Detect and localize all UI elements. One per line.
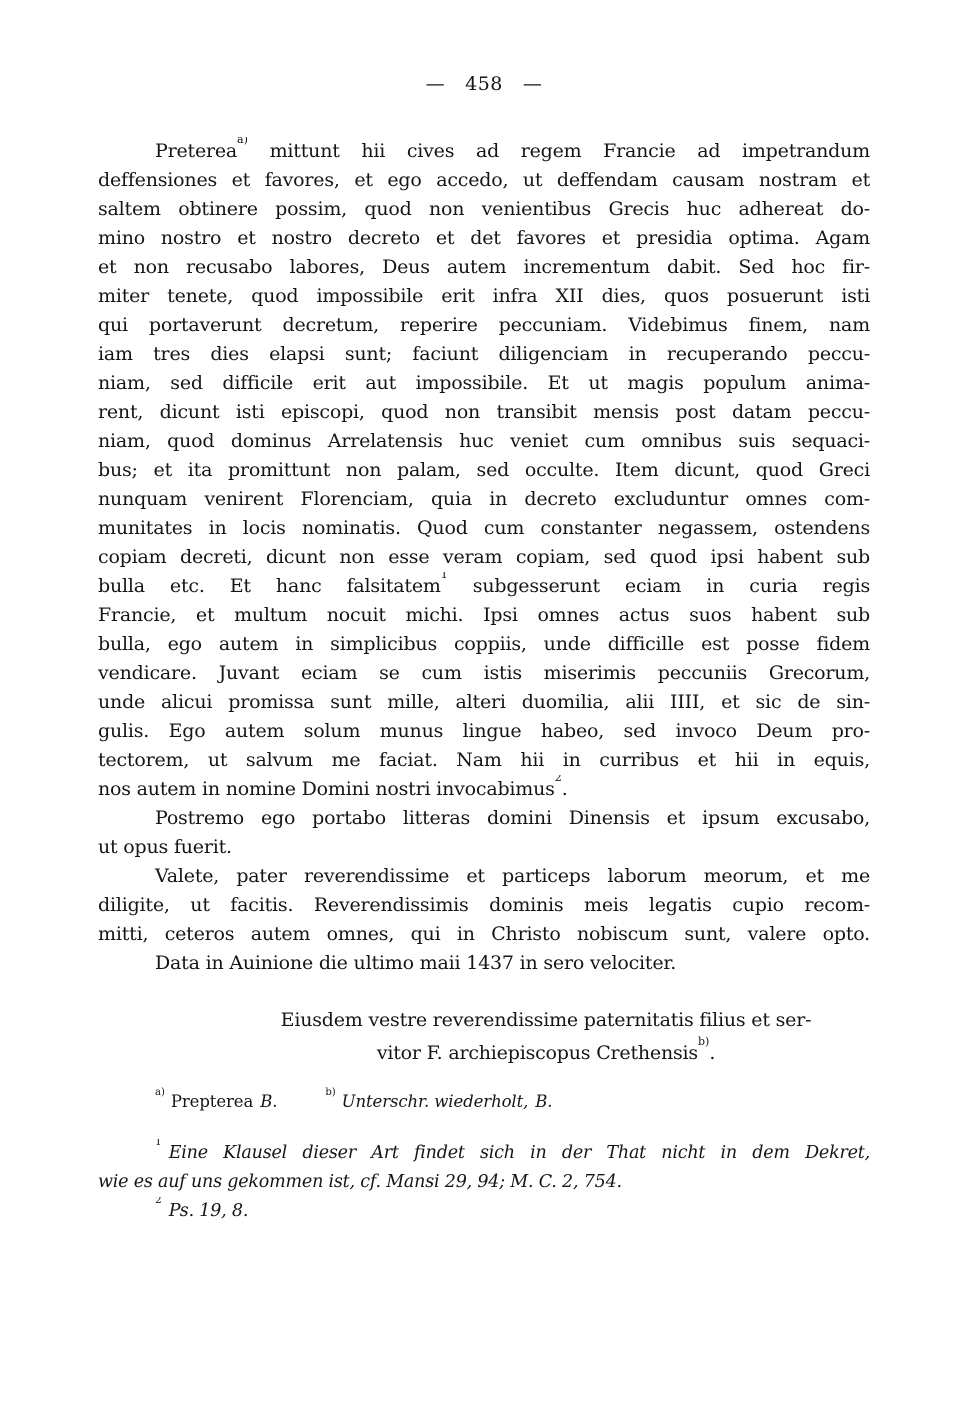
text-line: rent, dicunt isti episcopi, quod non tra… — [98, 398, 870, 427]
apparatus-siglum: B. — [535, 1092, 552, 1111]
apparatus-reading: Prepterea — [171, 1092, 253, 1111]
text-line: munitates in locis nominatis. Quod cum c… — [98, 514, 870, 543]
text-line: Postremo ego portabo litteras domini Din… — [98, 804, 870, 833]
text-segment: Preterea — [155, 140, 237, 162]
text-line: bulla etc. Et hanc falsitatem1 subgesser… — [98, 572, 870, 601]
text-line: bus; et ita promittunt non palam, sed oc… — [98, 456, 870, 485]
footnote-marker-b: b) — [698, 1035, 709, 1048]
text-line: copiam decreti, dicunt non esse veram co… — [98, 543, 870, 572]
apparatus-reading: Unterschr. wiederholt, — [342, 1092, 529, 1111]
text-segment: . — [709, 1042, 715, 1064]
text-line: Data in Auinione die ultimo maii 1437 in… — [98, 949, 870, 978]
text-line: iam tres dies elapsi sunt; faciunt dilig… — [98, 340, 870, 369]
text-line: nunquam venirent Florenciam, quia in dec… — [98, 485, 870, 514]
apparatus-entry-b: b)Unterschr. wiederholt,B. — [325, 1092, 552, 1111]
header-dash-right: — — [523, 73, 543, 95]
signature-line: Eiusdem vestre reverendissime paternitat… — [222, 1004, 870, 1037]
text-line: niam, sed difficile erit aut impossibile… — [98, 369, 870, 398]
text-line: nos autem in nomine Domini nostri invoca… — [98, 775, 870, 804]
text-segment: nos autem in nomine Domini nostri invoca… — [98, 778, 555, 800]
signature-block: Eiusdem vestre reverendissime paternitat… — [98, 1004, 870, 1070]
paragraph-3: Valete, pater reverendissime et particep… — [98, 862, 870, 949]
footnote-line: wie es auf uns gekommen ist, cf. Mansi 2… — [98, 1168, 870, 1197]
text-line: Pretereaa) mittunt hii cives ad regem Fr… — [98, 137, 870, 166]
footnote-marker-2: 2 — [555, 775, 562, 784]
text-segment: vitor F. archiepiscopus Crethensis — [377, 1042, 698, 1064]
text-line: Valete, pater reverendissime et particep… — [98, 862, 870, 891]
text-line: mitti, ceteros autem omnes, qui in Chris… — [98, 920, 870, 949]
footnote-1-marker: 1 — [155, 1139, 162, 1148]
text-line: bulla, ego autem in simplicibus coppiis,… — [98, 630, 870, 659]
text-line: gulis. Ego autem solum munus lingue habe… — [98, 717, 870, 746]
page-number: 458 — [465, 73, 503, 95]
footnote-1: 1Eine Klausel dieser Art findet sich in … — [98, 1139, 870, 1197]
text-block: —458— Pretereaa) mittunt hii cives ad re… — [98, 70, 870, 1226]
text-line: Francie, et multum nocuit michi. Ipsi om… — [98, 601, 870, 630]
text-line: saltem obtinere possim, quod non venient… — [98, 195, 870, 224]
text-segment: subgesserunt eciam in curia regis — [448, 575, 870, 597]
footnote-2-marker: 2 — [155, 1197, 162, 1206]
footnote-2: 2Ps. 19, 8. — [98, 1197, 870, 1226]
text-line: deffensiones et favores, et ego accedo, … — [98, 166, 870, 195]
text-line: unde alicui promissa sunt mille, alteri … — [98, 688, 870, 717]
signature-line: vitor F. archiepiscopus Crethensisb). — [222, 1037, 870, 1070]
text-segment: . — [562, 778, 568, 800]
scanned-page: —458— Pretereaa) mittunt hii cives ad re… — [0, 0, 960, 1404]
text-segment: mittunt hii cives ad regem Francie ad im… — [248, 140, 870, 162]
footnotes-section: 1Eine Klausel dieser Art findet sich in … — [98, 1139, 870, 1226]
footnote-marker-a: a) — [237, 137, 248, 146]
footnote-line: 1Eine Klausel dieser Art findet sich in … — [98, 1139, 870, 1168]
text-segment: bulla etc. Et hanc falsitatem — [98, 575, 441, 597]
footnote-text: Eine Klausel dieser Art findet sich in d… — [169, 1143, 870, 1163]
apparatus-entry-a: a)PreptereaB. — [155, 1092, 277, 1111]
text-line: diligite, ut facitis. Reverendissimis do… — [98, 891, 870, 920]
text-line: et non recusabo labores, Deus autem incr… — [98, 253, 870, 282]
footnote-text: Ps. 19, 8. — [169, 1201, 249, 1221]
footnote-marker-1: 1 — [441, 572, 448, 581]
paragraph-4: Data in Auinione die ultimo maii 1437 in… — [98, 949, 870, 978]
paragraph-1: Pretereaa) mittunt hii cives ad regem Fr… — [98, 137, 870, 804]
text-line: miter tenete, quod impossibile erit infr… — [98, 282, 870, 311]
apparatus-siglum: B. — [260, 1092, 277, 1111]
text-line: qui portaverunt decretum, reperire peccu… — [98, 311, 870, 340]
page-header: —458— — [98, 70, 870, 99]
paragraph-2: Postremo ego portabo litteras domini Din… — [98, 804, 870, 862]
text-line: mino nostro et nostro decreto et det fav… — [98, 224, 870, 253]
apparatus-marker-b: b) — [325, 1087, 335, 1098]
text-line: ut opus fuerit. — [98, 833, 870, 862]
text-line: tectorem, ut salvum me faciat. Nam hii i… — [98, 746, 870, 775]
header-dash-left: — — [426, 73, 446, 95]
text-line: vendicare. Juvant eciam se cum istis mis… — [98, 659, 870, 688]
footnote-line: 2Ps. 19, 8. — [98, 1197, 870, 1226]
apparatus-marker-a: a) — [155, 1087, 165, 1098]
text-line: niam, quod dominus Arrelatensis huc veni… — [98, 427, 870, 456]
critical-apparatus: a)PreptereaB.b)Unterschr. wiederholt,B. — [98, 1087, 870, 1116]
